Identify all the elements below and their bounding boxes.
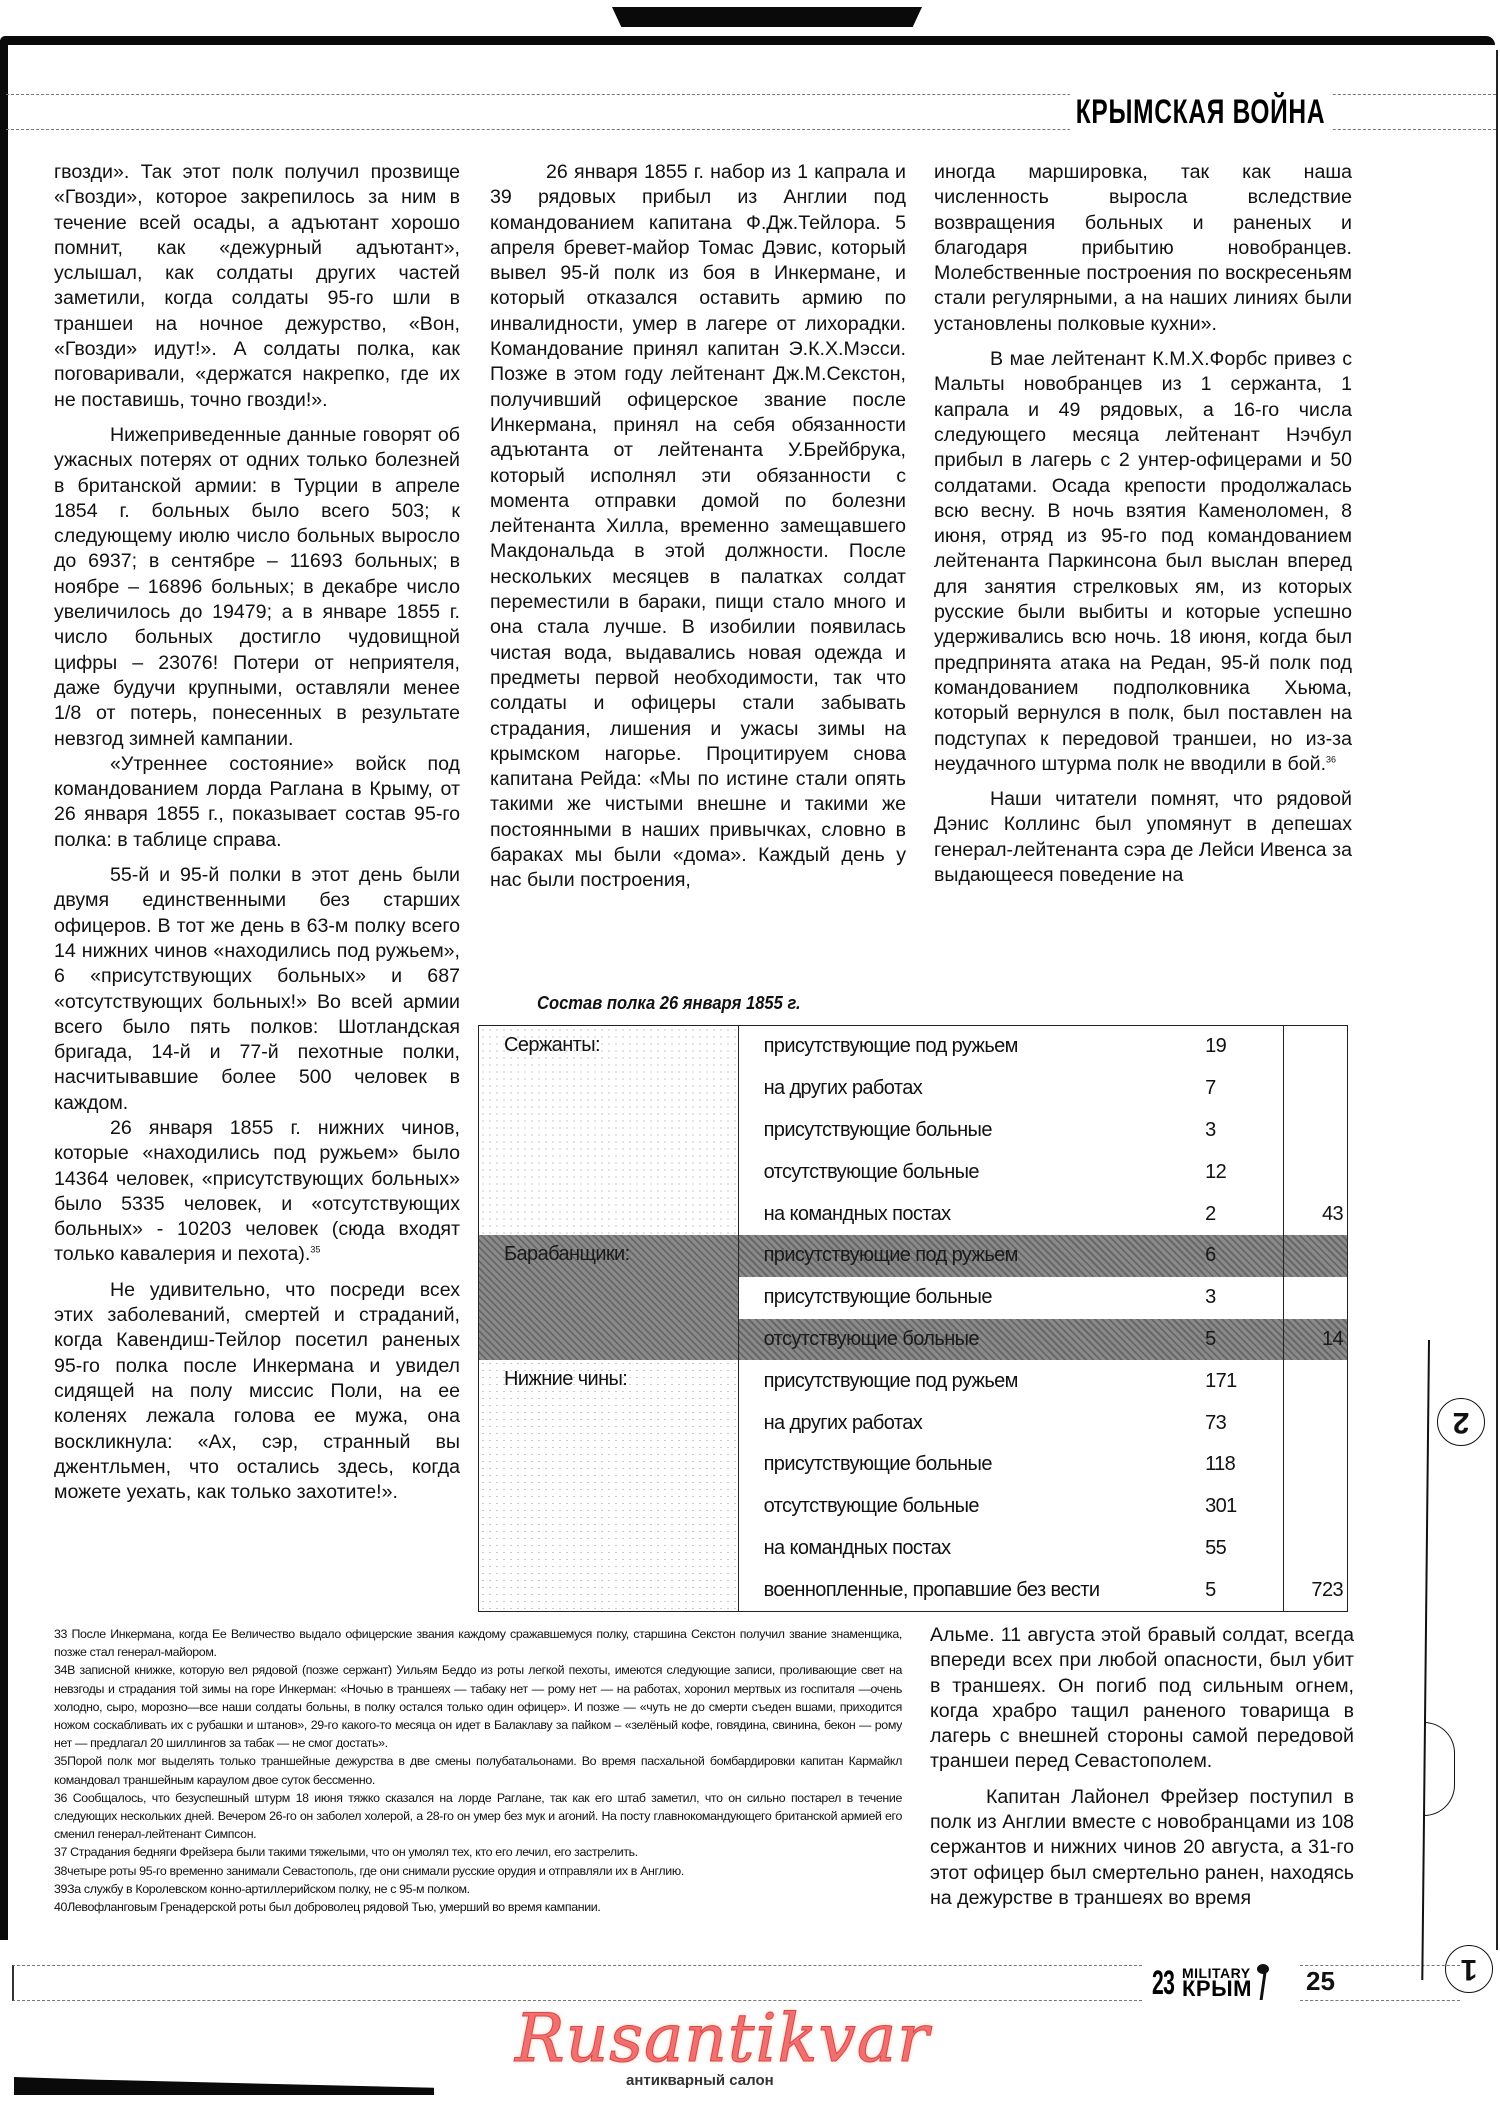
- row-value: 3: [1205, 1110, 1283, 1152]
- soldier-figure-icon: [1254, 1964, 1274, 2002]
- row-label: присутствующие под ружьем: [738, 1360, 1205, 1402]
- row-value: 2: [1205, 1193, 1283, 1235]
- top-border: [0, 36, 1500, 48]
- row-value: 171: [1205, 1360, 1283, 1402]
- row-value: 118: [1205, 1444, 1283, 1486]
- footnote-36: 36 Сообщалось, что безуспешный штурм 18 …: [54, 1789, 902, 1844]
- paragraph-with-footnote: 26 января 1855 г. нижних чинов, которые …: [54, 1116, 460, 1268]
- top-tab-mark: [612, 7, 922, 27]
- table-row: Нижние чины: присутствующие под ружьем 1…: [479, 1360, 1348, 1402]
- article-column-1: гвозди». Так этот полк получил прозвище …: [54, 160, 460, 1505]
- row-total: [1283, 1528, 1347, 1570]
- row-value: 19: [1205, 1026, 1283, 1068]
- footnotes: 33 После Инкермана, когда Ее Величество …: [54, 1625, 902, 1916]
- row-label: отсутствующие больные: [738, 1486, 1205, 1528]
- row-value: 55: [1205, 1528, 1283, 1570]
- row-total: 43: [1283, 1193, 1347, 1235]
- bottom-border: [14, 2077, 434, 2095]
- paragraph: Наши читатели помнят, что рядовой Дэнис …: [934, 787, 1352, 888]
- paragraph: 26 января 1855 г. набор из 1 капрала и 3…: [490, 160, 906, 894]
- paragraph: Не удивительно, что посреди всех этих за…: [54, 1278, 460, 1506]
- row-value: 12: [1205, 1151, 1283, 1193]
- category-drummers: Барабанщики:: [479, 1235, 739, 1360]
- table-row: Барабанщики: присутствующие под ружьем 6: [479, 1235, 1348, 1277]
- regiment-composition-table: Сержанты: присутствующие под ружьем 19 н…: [478, 1025, 1348, 1612]
- table-row: Сержанты: присутствующие под ружьем 19: [479, 1026, 1348, 1068]
- row-total: 14: [1283, 1319, 1347, 1361]
- row-label: отсутствующие больные: [738, 1151, 1205, 1193]
- row-label: на командных постах: [738, 1193, 1205, 1235]
- footnote-39: 39За службу в Королевском конно-артиллер…: [54, 1880, 902, 1898]
- row-total: [1283, 1444, 1347, 1486]
- row-value: 5: [1205, 1319, 1283, 1361]
- right-border: [1496, 50, 1498, 1950]
- row-total: [1283, 1068, 1347, 1110]
- row-label: отсутствующие больные: [738, 1319, 1205, 1361]
- footer-band: [12, 1965, 1142, 2001]
- category-sergeants: Сержанты:: [479, 1026, 739, 1235]
- row-value: 6: [1205, 1235, 1283, 1277]
- category-lower-ranks: Нижние чины:: [479, 1360, 739, 1611]
- logo-krym: КРЫМ: [1182, 1978, 1252, 2000]
- article-column-3-continued: Альме. 11 августа этой бравый солдат, вс…: [930, 1623, 1354, 1911]
- footnote-40: 40Левофланговым Гренадерской роты был до…: [54, 1898, 902, 1916]
- paragraph: Нижеприведенные данные говорят об ужасны…: [54, 423, 460, 752]
- binding-line: [1421, 1340, 1430, 1980]
- row-label: военнопленные, пропавшие без вести: [738, 1569, 1205, 1611]
- footnote-ref[interactable]: 36: [1326, 754, 1336, 764]
- row-total: 723: [1283, 1569, 1347, 1611]
- row-value: 5: [1205, 1569, 1283, 1611]
- row-label: присутствующие больные: [738, 1110, 1205, 1152]
- row-label: на других работах: [738, 1402, 1205, 1444]
- logo-issue-number: 23: [1152, 1964, 1168, 2003]
- row-label: присутствующие под ружьем: [738, 1235, 1205, 1277]
- section-title: КРЫМСКАЯ ВОЙНА: [1070, 92, 1331, 132]
- footnote-35: 35Порой полк мог выделять только траншей…: [54, 1752, 902, 1788]
- magazine-logo: 23 MILITARY КРЫМ: [1152, 1963, 1274, 2003]
- row-total: [1283, 1402, 1347, 1444]
- watermark-subtitle: антикварный салон: [622, 2072, 778, 2089]
- row-total: [1283, 1360, 1347, 1402]
- row-total: [1283, 1026, 1347, 1068]
- row-label: присутствующие больные: [738, 1444, 1205, 1486]
- paragraph: Капитан Лайонел Фрейзер поступил в полк …: [930, 1785, 1354, 1911]
- row-value: 3: [1205, 1277, 1283, 1319]
- semicircle-mark-icon: [1424, 1722, 1455, 1816]
- row-value: 301: [1205, 1486, 1283, 1528]
- paragraph: 55-й и 95-й полки в этот день были двумя…: [54, 863, 460, 1116]
- row-value: 73: [1205, 1402, 1283, 1444]
- paragraph: иногда маршировка, так как наша численно…: [934, 160, 1352, 337]
- row-total: [1283, 1151, 1347, 1193]
- article-column-2: 26 января 1855 г. набор из 1 капрала и 3…: [490, 160, 906, 894]
- row-total: [1283, 1110, 1347, 1152]
- row-label: присутствующие под ружьем: [738, 1026, 1205, 1068]
- paragraph-with-footnote: В мае лейтенант К.М.Х.Форбс привез с Мал…: [934, 347, 1352, 777]
- table-caption: Состав полка 26 января 1855 г.: [537, 993, 801, 1014]
- article-column-3: иногда маршировка, так как наша численно…: [934, 160, 1352, 888]
- paragraph: гвозди». Так этот полк получил прозвище …: [54, 160, 460, 413]
- row-label: на других работах: [738, 1068, 1205, 1110]
- footnote-38: 38четыре роты 95-го временно занимали Се…: [54, 1862, 902, 1880]
- page-number: 25: [1306, 1966, 1335, 1997]
- row-value: 7: [1205, 1068, 1283, 1110]
- paragraph: «Утреннее состояние» войск под командова…: [54, 752, 460, 853]
- left-border: [0, 40, 8, 1940]
- footnote-ref[interactable]: 35: [310, 1245, 320, 1255]
- row-label: на командных постах: [738, 1528, 1205, 1570]
- footnote-33: 33 После Инкермана, когда Ее Величество …: [54, 1625, 902, 1661]
- footnote-37: 37 Страдания бедняги Фрейзера были таким…: [54, 1843, 902, 1861]
- row-total: [1283, 1486, 1347, 1528]
- row-total: [1283, 1277, 1347, 1319]
- footnote-34: 34В записной книжке, которую вел рядовой…: [54, 1661, 902, 1752]
- watermark-logo: Rusantikvar: [515, 2000, 930, 2077]
- circled-number-icon: 2: [1437, 1398, 1485, 1446]
- row-label: присутствующие больные: [738, 1277, 1205, 1319]
- row-total: [1283, 1235, 1347, 1277]
- paragraph: Альме. 11 августа этой бравый солдат, вс…: [930, 1623, 1354, 1775]
- circled-number-icon: 1: [1445, 1945, 1493, 1993]
